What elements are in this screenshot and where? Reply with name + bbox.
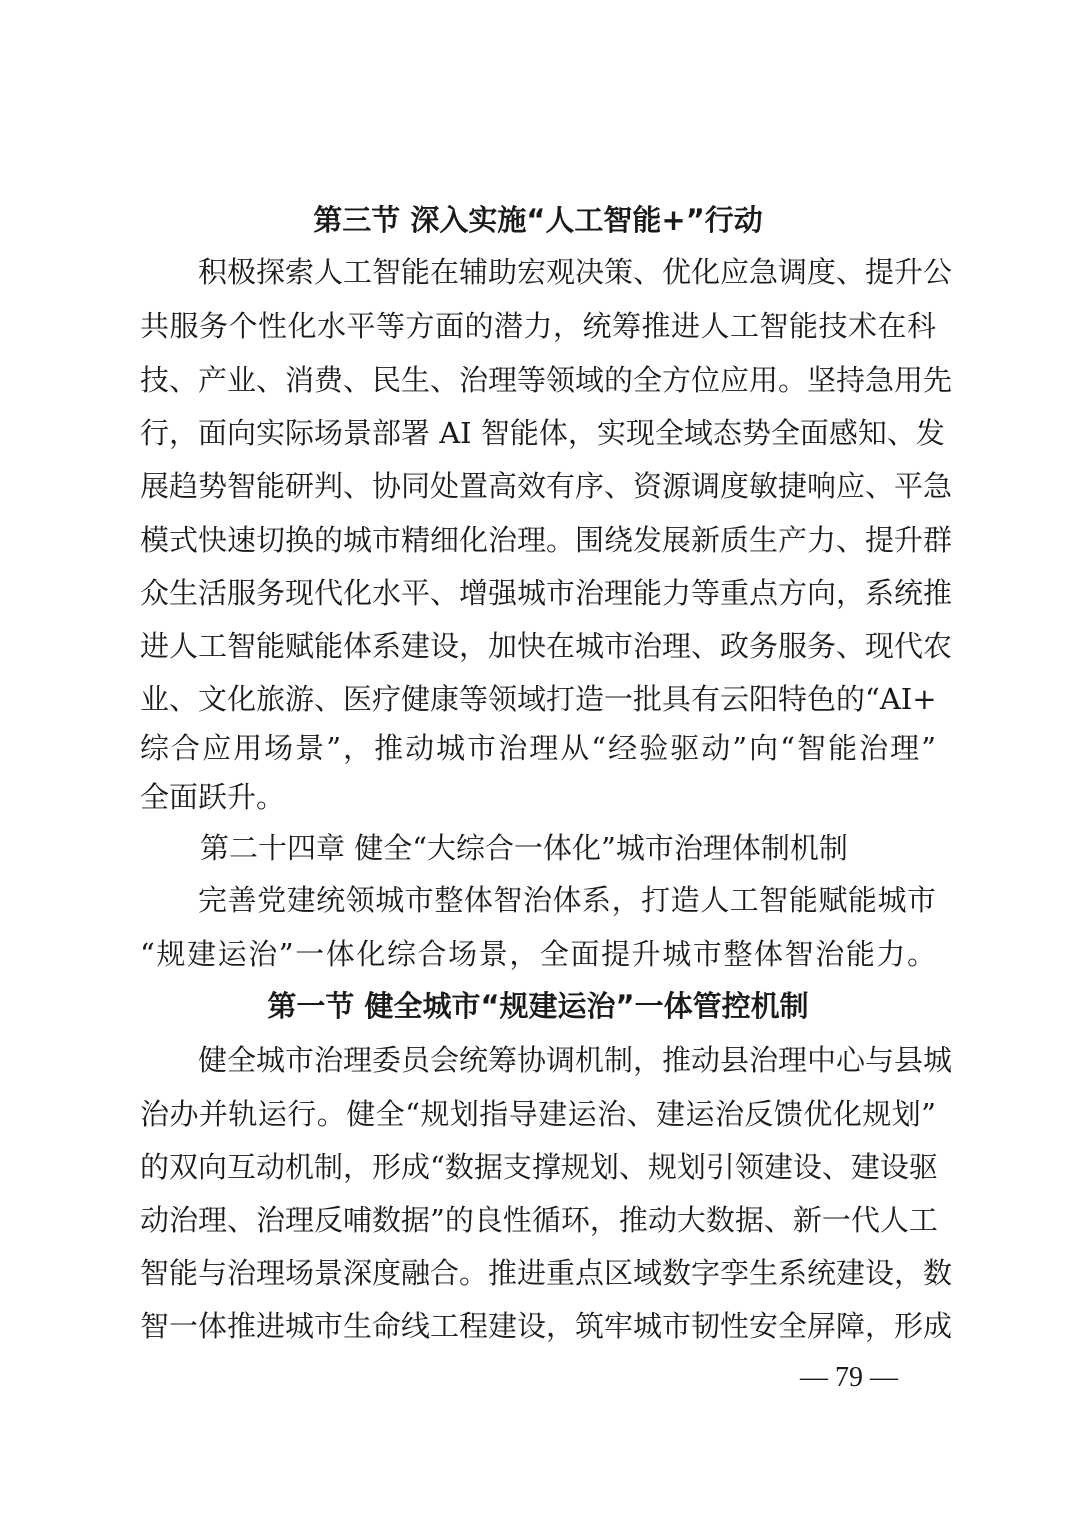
paragraph-line: 治办并轨运行。健全“规划指导建运治、建运治反馈优化规划” xyxy=(140,1094,936,1134)
section-1-heading: 第一节 健全城市“规建运治”一体管控机制 xyxy=(140,986,936,1026)
paragraph-line: 积极探索人工智能在辅助宏观决策、优化应急调度、提升公 xyxy=(198,252,936,292)
paragraph-line: 众生活服务现代化水平、增强城市治理能力等重点方向，系统推 xyxy=(140,573,936,613)
paragraph-line: 动治理、治理反哺数据”的良性循环，推动大数据、新一代人工 xyxy=(140,1200,936,1240)
paragraph-line: 展趋势智能研判、协同处置高效有序、资源调度敏捷响应、平急 xyxy=(140,466,936,506)
paragraph-line: 智一体推进城市生命线工程建设，筑牢城市韧性安全屏障，形成 xyxy=(140,1306,936,1346)
paragraph-line: 技、产业、消费、民生、治理等领域的全方位应用。坚持急用先 xyxy=(140,360,936,400)
paragraph-line: 综合应用场景”，推动城市治理从“经验驱动”向“智能治理” xyxy=(140,728,936,768)
paragraph-line: 共服务个性化水平等方面的潜力，统筹推进人工智能技术在科 xyxy=(140,306,936,346)
section-3-heading: 第三节 深入实施“人工智能+”行动 xyxy=(140,200,936,240)
paragraph-line: 模式快速切换的城市精细化治理。围绕发展新质生产力、提升群 xyxy=(140,520,936,560)
document-page: 第三节 深入实施“人工智能+”行动 积极探索人工智能在辅助宏观决策、优化应急调度… xyxy=(0,0,1074,1520)
page-number: — 79 — xyxy=(800,1358,898,1398)
paragraph-line: 健全城市治理委员会统筹协调机制，推动县治理中心与县城 xyxy=(198,1040,936,1080)
paragraph-line: 进人工智能赋能体系建设，加快在城市治理、政务服务、现代农 xyxy=(140,626,936,666)
paragraph-line: 业、文化旅游、医疗健康等领域打造一批具有云阳特色的“AI+ xyxy=(140,679,936,719)
paragraph-line: 完善党建统领城市整体智治体系，打造人工智能赋能城市 xyxy=(198,880,936,920)
paragraph-line: 的双向互动机制，形成“数据支撑规划、规划引领建设、建设驱 xyxy=(140,1147,936,1187)
chapter-24-heading: 第二十四章 健全“大综合一体化”城市治理体制机制 xyxy=(200,828,848,868)
paragraph-line: 全面跃升。 xyxy=(140,777,936,817)
paragraph-line: 智能与治理场景深度融合。推进重点区域数字孪生系统建设，数 xyxy=(140,1253,936,1293)
paragraph-line: “规建运治”一体化综合场景，全面提升城市整体智治能力。 xyxy=(140,934,936,974)
paragraph-line: 行，面向实际场景部署 AI 智能体，实现全域态势全面感知、发 xyxy=(140,413,936,453)
